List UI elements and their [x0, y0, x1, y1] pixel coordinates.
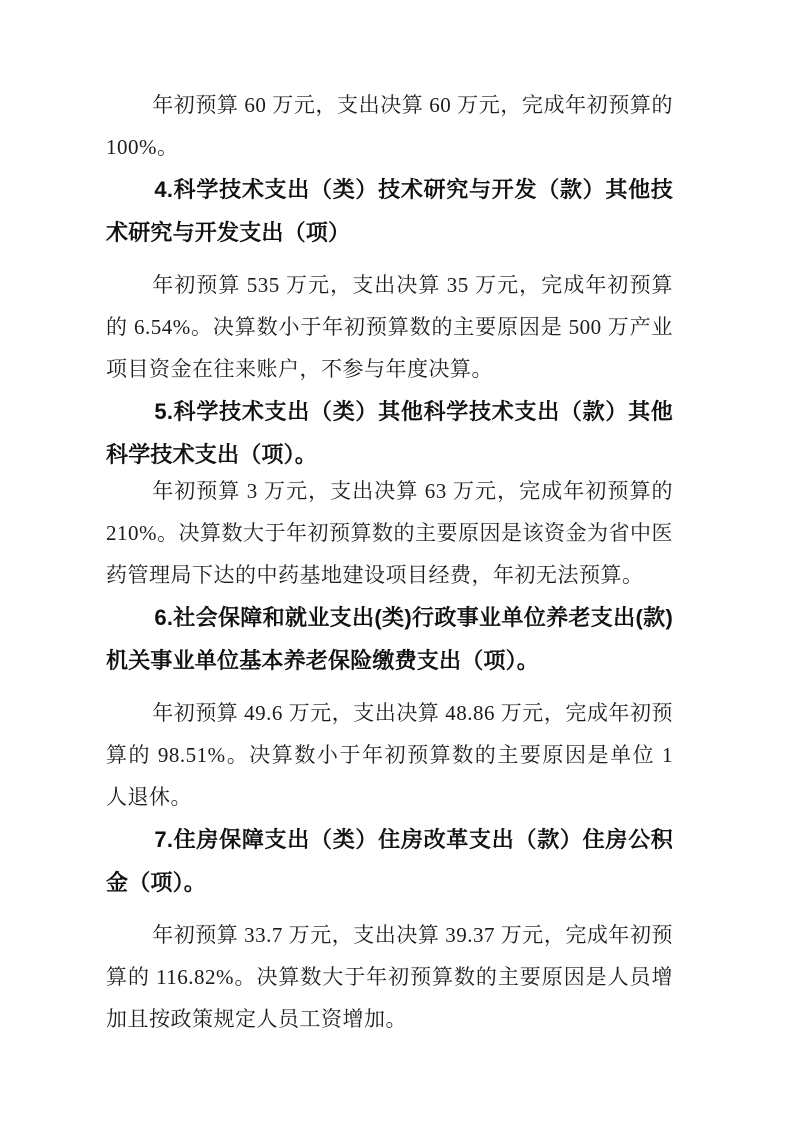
section-heading-6-social-security-pension: 6.社会保障和就业支出(类)行政事业单位养老支出(款)机关事业单位基本养老保险缴…: [106, 596, 673, 682]
budget-paragraph-other-income: 年初预算 60 万元，支出决算 60 万元，完成年初预算的 100%。: [106, 84, 673, 168]
section-heading-7-housing-security-fund: 7.住房保障支出（类）住房改革支出（款）住房公积金（项）。: [106, 818, 673, 904]
section-heading-5-other-science-tech-expenditure: 5.科学技术支出（类）其他科学技术支出（款）其他科学技术支出（项）。: [106, 390, 673, 476]
document-page: 年初预算 60 万元，支出决算 60 万元，完成年初预算的 100%。 4.科学…: [0, 0, 793, 1122]
section-heading-4-science-tech-research-development: 4.科学技术支出（类）技术研究与开发（款）其他技术研究与开发支出（项）: [106, 168, 673, 254]
budget-paragraph-section-4: 年初预算 535 万元，支出决算 35 万元，完成年初预算的 6.54%。决算数…: [106, 264, 673, 390]
budget-paragraph-section-5: 年初预算 3 万元，支出决算 63 万元，完成年初预算的 210%。决算数大于年…: [106, 470, 673, 596]
budget-paragraph-section-6: 年初预算 49.6 万元，支出决算 48.86 万元，完成年初预算的 98.51…: [106, 692, 673, 818]
document-body: 年初预算 60 万元，支出决算 60 万元，完成年初预算的 100%。 4.科学…: [106, 84, 673, 1040]
budget-paragraph-section-7: 年初预算 33.7 万元，支出决算 39.37 万元，完成年初预算的 116.8…: [106, 914, 673, 1040]
